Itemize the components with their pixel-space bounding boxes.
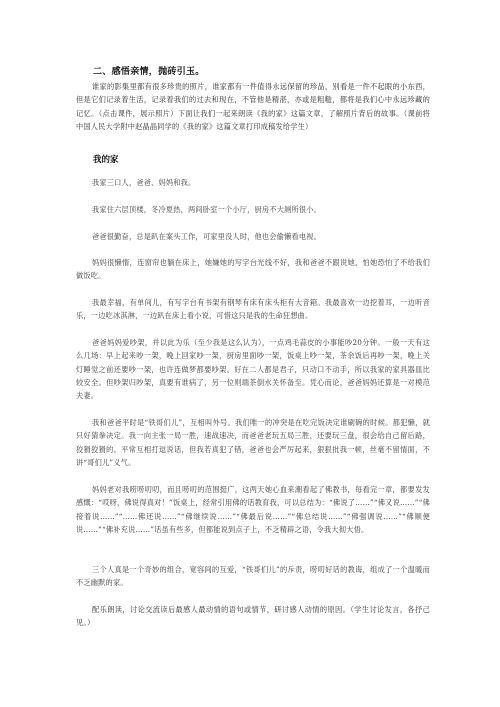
essay-paragraph-7: 我和爸爸平时是“铁哥们儿”，互相叫外号。我们唯一的冲突是在吃完饭决定谁刷碗的时候… xyxy=(76,416,430,469)
essay-paragraph-5: 我最幸福，有单间儿，有写字台有书架有钢琴有床有床头柜有大音箱。我最喜欢一边挖着耳… xyxy=(76,296,430,323)
essay-paragraph-4: 妈妈很懒惰，连窗帘也躺在床上，她嫌她的写字台光线不好，我和爸爸不跟说她，怕她恐怕… xyxy=(76,256,430,283)
section-heading: 二、感悟亲情，抛砖引玉。 xyxy=(93,64,205,77)
essay-title: 我的家 xyxy=(93,153,119,165)
closing-paragraph: 配乐朗读，讨论交流读后最感人最动情的语句或情节，研讨感人动情的原因。（学生讨论发… xyxy=(76,603,430,630)
essay-paragraph-8: 妈妈老对我唠唠叨叨，而且唠叨的范围挺广，这两天她心血来潮看起了佛教书，每看完一章… xyxy=(76,483,430,536)
essay-paragraph-1: 我家三口人，爸爸、妈妈和我。 xyxy=(76,176,430,189)
essay-paragraph-2: 我家住六层顶楼，冬冷夏热，两间卧室一个小厅，厨房不大厕所很小。 xyxy=(76,203,430,216)
document-page: 二、感悟亲情，抛砖引玉。 谁家的影集里都有很多珍贵的照片，谁家都有一件值得永远保… xyxy=(0,0,500,707)
essay-paragraph-6: 爸爸妈妈爱吵架，并以此为乐（至少我是这么认为），一点鸡毛蒜皮的小事能吵20分钟。… xyxy=(76,336,430,402)
essay-paragraph-3: 爸爸很勤奋，总是趴在案头工作，可家里没人时，他也会偷懒看电视。 xyxy=(76,230,430,243)
intro-paragraph: 谁家的影集里都有很多珍贵的照片，谁家都有一件值得永远保留的珍品，别看是一件不起眼… xyxy=(76,80,430,133)
essay-paragraph-9: 三个人真是一个奇妙的组合，宽容间的互爱，“铁哥们儿”的斥责，唠叨好话的教诲，组成… xyxy=(76,563,430,590)
